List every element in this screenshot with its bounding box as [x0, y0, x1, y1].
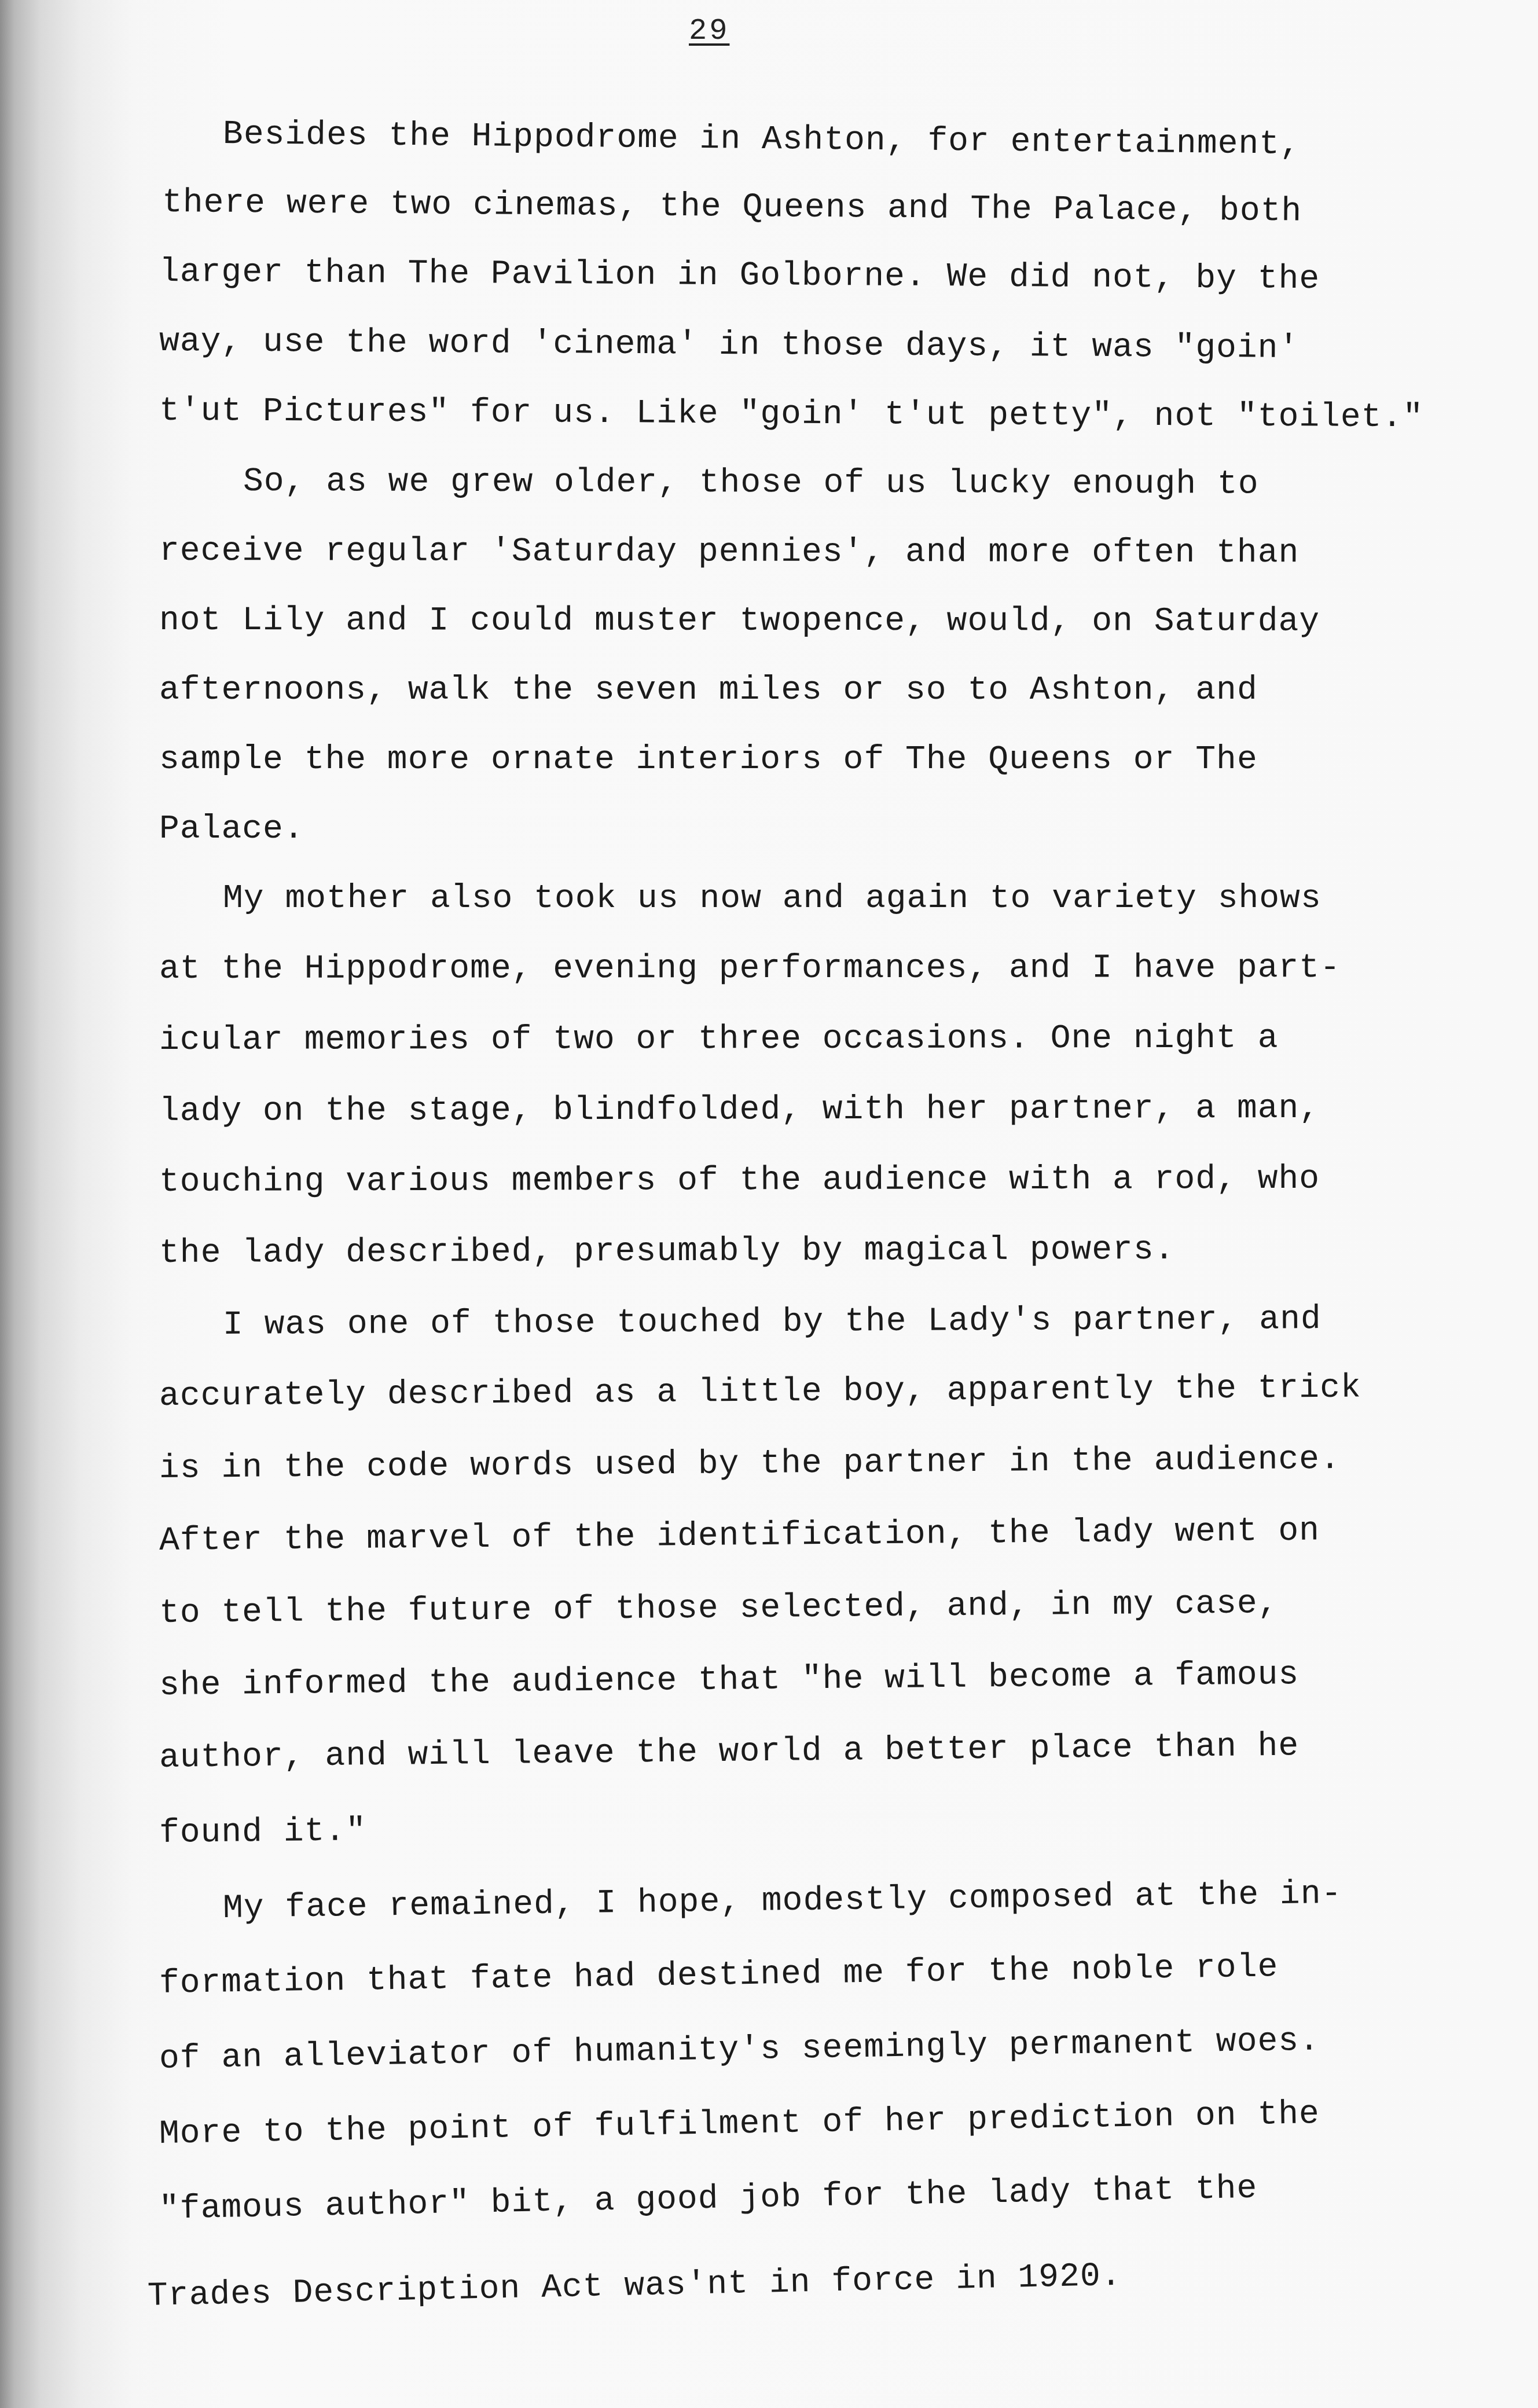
- text-line: Trades Description Act was'nt in force i…: [147, 2257, 1122, 2315]
- page-number: 29: [689, 14, 729, 48]
- text-line: found it.": [159, 1812, 367, 1852]
- text-line: More to the point of fulfilment of her p…: [159, 2095, 1320, 2153]
- text-line: "famous author" bit, a good job for the …: [159, 2170, 1258, 2229]
- text-line: larger than The Pavilion in Golborne. We…: [159, 254, 1320, 298]
- text-line: I was one of those touched by the Lady's…: [223, 1301, 1322, 1344]
- text-line: icular memories of two or three occasion…: [159, 1020, 1279, 1059]
- text-line: accurately described as a little boy, ap…: [159, 1370, 1361, 1415]
- text-line: the lady described, presumably by magica…: [159, 1231, 1175, 1272]
- text-line: she informed the audience that "he will …: [159, 1656, 1300, 1705]
- text-line: formation that fate had destined me for …: [159, 1948, 1279, 2003]
- text-line: is in the code words used by the partner…: [159, 1441, 1341, 1488]
- text-line: way, use the word 'cinema' in those days…: [159, 323, 1300, 368]
- text-line: touching various members of the audience…: [159, 1161, 1320, 1201]
- text-line: not Lily and I could muster twopence, wo…: [159, 602, 1320, 641]
- text-line: to tell the future of those selected, an…: [159, 1585, 1279, 1632]
- text-line: My mother also took us now and again to …: [223, 880, 1322, 917]
- text-line: receive regular 'Saturday pennies', and …: [159, 533, 1299, 572]
- text-line: author, and will leave the world a bette…: [159, 1727, 1300, 1777]
- text-line: Besides the Hippodrome in Ashton, for en…: [223, 116, 1301, 164]
- text-line: at the Hippodrome, evening performances,…: [159, 949, 1341, 988]
- text-line: of an alleviator of humanity's seemingly…: [159, 2022, 1320, 2078]
- text-line: t'ut Pictures" for us. Like "goin' t'ut …: [159, 392, 1423, 436]
- text-line: Palace.: [159, 810, 304, 848]
- text-line: My face remained, I hope, modestly compo…: [223, 1875, 1342, 1928]
- text-line: there were two cinemas, the Queens and T…: [162, 184, 1302, 230]
- typewritten-page: 29 Besides the Hippodrome in Ashton, for…: [0, 0, 1538, 2408]
- text-line: afternoons, walk the seven miles or so t…: [159, 671, 1258, 709]
- text-line: sample the more ornate interiors of The …: [159, 741, 1258, 779]
- text-line: lady on the stage, blindfolded, with her…: [159, 1090, 1320, 1130]
- text-line: So, as we grew older, those of us lucky …: [243, 463, 1259, 504]
- text-line: After the marvel of the identification, …: [159, 1513, 1320, 1560]
